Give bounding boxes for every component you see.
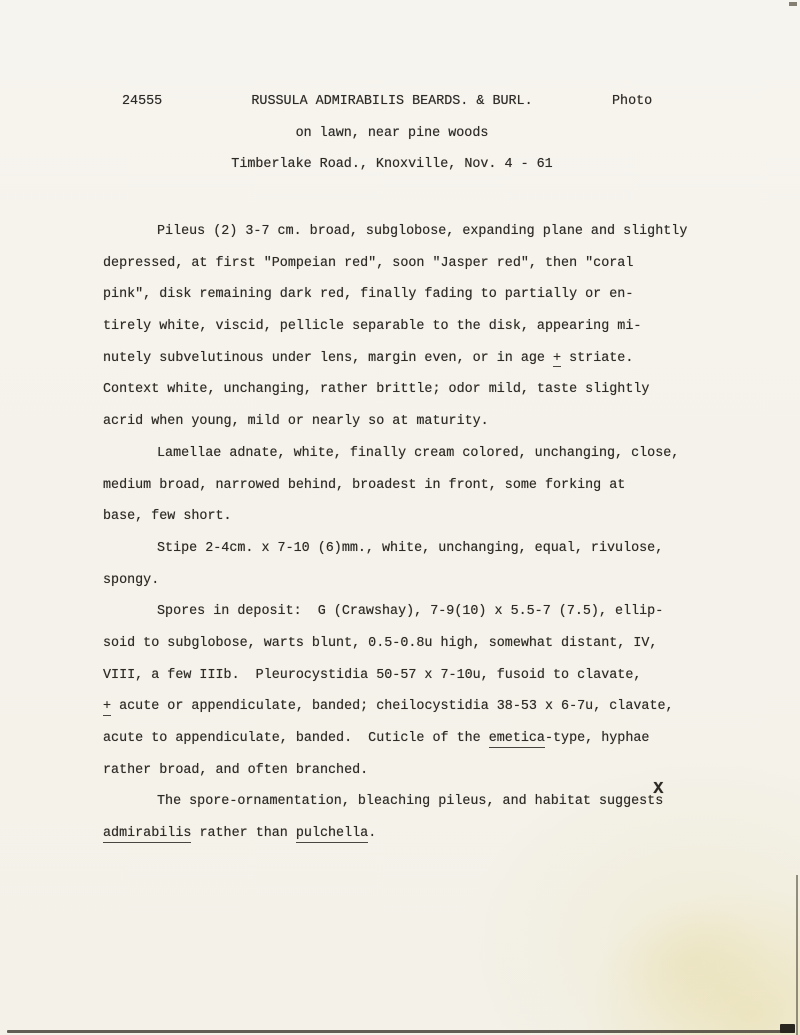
text-line: tirely white, viscid, pellicle separable… — [103, 311, 763, 343]
text-line: Pileus (2) 3-7 cm. broad, subglobose, ex… — [103, 216, 763, 248]
text-segment: Spores in deposit: G (Crawshay), 7-9(10)… — [157, 604, 663, 619]
text-line: Stipe 2-4cm. x 7-10 (6)mm., white, uncha… — [103, 533, 763, 565]
text-segment: + — [553, 351, 561, 368]
text-segment: Context white, unchanging, rather brittl… — [103, 382, 649, 397]
text-segment: acrid when young, mild or nearly so at m… — [103, 414, 489, 429]
paragraph-stipe: Stipe 2-4cm. x 7-10 (6)mm., white, uncha… — [103, 533, 763, 596]
document-body: Pileus (2) 3-7 cm. broad, subglobose, ex… — [103, 216, 763, 850]
text-segment: VIII, a few IIIb. Pleurocystidia 50-57 x… — [103, 668, 641, 683]
text-segment: medium broad, narrowed behind, broadest … — [103, 478, 625, 493]
paragraph-spores: Spores in deposit: G (Crawshay), 7-9(10)… — [103, 596, 763, 786]
text-line: The spore-ornamentation, bleaching pileu… — [103, 786, 763, 818]
text-segment: The spore-ornamentation, bleaching pileu… — [157, 794, 655, 809]
text-segment: . — [368, 826, 376, 841]
text-line: medium broad, narrowed behind, broadest … — [103, 470, 763, 502]
text-line: acrid when young, mild or nearly so at m… — [103, 406, 763, 438]
text-line: + acute or appendiculate, banded; cheilo… — [103, 691, 763, 723]
text-segment: acute or appendiculate, banded; cheilocy… — [111, 699, 674, 714]
scan-bottom-edge-line — [7, 1030, 795, 1033]
scan-right-edge-line — [796, 875, 798, 1035]
text-segment: -type, hyphae — [545, 731, 649, 746]
text-segment: rather than — [191, 826, 295, 841]
text-line: Context white, unchanging, rather brittl… — [103, 374, 763, 406]
text-line: rather broad, and often branched. — [103, 755, 763, 787]
text-segment: Pileus (2) 3-7 cm. broad, subglobose, ex… — [157, 224, 687, 239]
text-segment: base, few short. — [103, 509, 232, 524]
text-segment: Stipe 2-4cm. x 7-10 (6)mm., white, uncha… — [157, 541, 663, 556]
text-segment: depressed, at first "Pompeian red", soon… — [103, 256, 633, 271]
text-segment: + — [103, 699, 111, 716]
species-title: RUSSULA ADMIRABILIS BEARDS. & BURL. — [0, 92, 784, 112]
scan-top-right-mark — [789, 2, 797, 6]
text-line: soid to subglobose, warts blunt, 0.5-0.8… — [103, 628, 763, 660]
scanned-document-page: 24555 RUSSULA ADMIRABILIS BEARDS. & BURL… — [0, 0, 800, 1035]
text-line: spongy. — [103, 565, 763, 597]
text-line: depressed, at first "Pompeian red", soon… — [103, 248, 763, 280]
location-date-line: Timberlake Road., Knoxville, Nov. 4 - 61 — [0, 155, 784, 175]
text-line: Spores in deposit: G (Crawshay), 7-9(10)… — [103, 596, 763, 628]
text-line: VIII, a few IIIb. Pleurocystidia 50-57 x… — [103, 660, 763, 692]
text-segment: Lamellae adnate, white, finally cream co… — [157, 446, 679, 461]
text-segment: emetica — [489, 731, 545, 748]
habitat-line: on lawn, near pine woods — [0, 124, 784, 144]
text-segment: rather broad, and often branched. — [103, 763, 368, 778]
text-segment: pink", disk remaining dark red, finally … — [103, 287, 633, 302]
text-segment: admirabilis — [103, 826, 191, 843]
text-line: acute to appendiculate, banded. Cuticle … — [103, 723, 763, 755]
photo-label: Photo — [612, 92, 652, 112]
text-line: base, few short. — [103, 501, 763, 533]
text-segment: tirely white, viscid, pellicle separable… — [103, 319, 641, 334]
text-segment: striate. — [561, 351, 633, 366]
scan-corner-mark — [780, 1024, 795, 1033]
strikeout-x-mark: X — [653, 781, 663, 798]
text-line: nutely subvelutinous under lens, margin … — [103, 343, 763, 375]
text-segment: soid to subglobose, warts blunt, 0.5-0.8… — [103, 636, 657, 651]
text-segment: nutely subvelutinous under lens, margin … — [103, 351, 553, 366]
text-line: Lamellae adnate, white, finally cream co… — [103, 438, 763, 470]
paragraph-lamellae: Lamellae adnate, white, finally cream co… — [103, 438, 763, 533]
text-segment: acute to appendiculate, banded. Cuticle … — [103, 731, 489, 746]
paragraph-notes: The spore-ornamentation, bleaching pileu… — [103, 786, 763, 849]
text-line: admirabilis rather than pulchella. — [103, 818, 763, 850]
text-segment: pulchella — [296, 826, 368, 843]
text-segment: sX — [655, 786, 663, 818]
text-line: pink", disk remaining dark red, finally … — [103, 279, 763, 311]
text-segment: spongy. — [103, 573, 159, 588]
paragraph-pileus: Pileus (2) 3-7 cm. broad, subglobose, ex… — [103, 216, 763, 438]
